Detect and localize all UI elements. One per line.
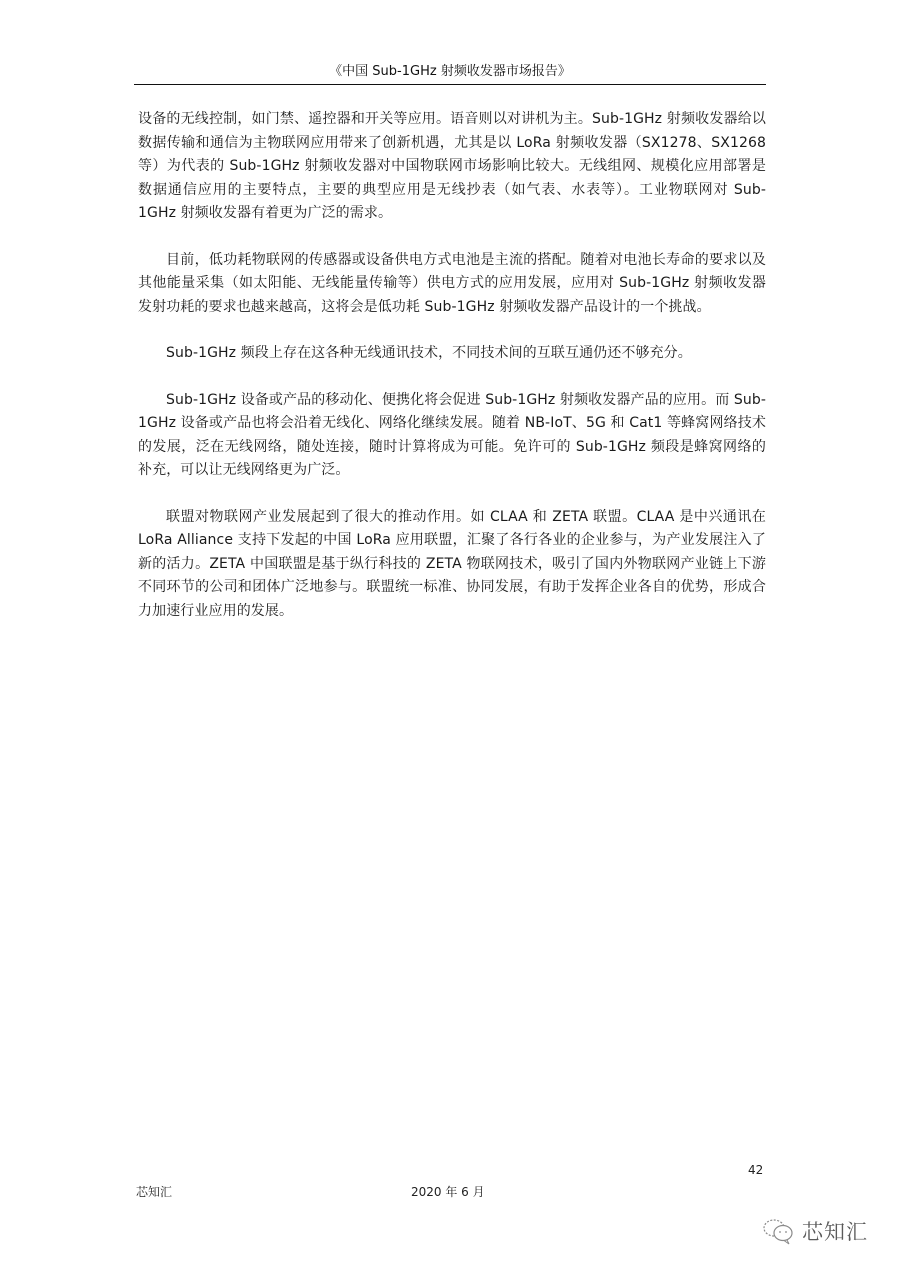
page-number: 42 xyxy=(748,1163,763,1177)
paragraph-1: 设备的无线控制，如门禁、遥控器和开关等应用。语音则以对讲机为主。Sub-1GHz… xyxy=(138,108,766,226)
header-divider xyxy=(134,84,766,85)
watermark-text: 芯知汇 xyxy=(802,1216,868,1246)
paragraph-2: 目前，低功耗物联网的传感器或设备供电方式电池是主流的搭配。随着对电池长寿命的要求… xyxy=(138,249,766,320)
document-header-title: 《中国 Sub-1GHz 射频收发器市场报告》 xyxy=(134,64,766,80)
watermark: 芯知汇 xyxy=(762,1216,868,1246)
wechat-icon xyxy=(762,1217,796,1245)
document-body: 设备的无线控制，如门禁、遥控器和开关等应用。语音则以对讲机为主。Sub-1GHz… xyxy=(138,108,766,646)
paragraph-5: 联盟对物联网产业发展起到了很大的推动作用。如 CLAA 和 ZETA 联盟。CL… xyxy=(138,506,766,624)
paragraph-3: Sub-1GHz 频段上存在这各种无线通讯技术，不同技术间的互联互通仍还不够充分… xyxy=(138,342,766,366)
footer-date: 2020 年 6 月 xyxy=(411,1183,485,1200)
footer-publisher: 芯知汇 xyxy=(136,1183,172,1200)
paragraph-4: Sub-1GHz 设备或产品的移动化、便携化将会促进 Sub-1GHz 射频收发… xyxy=(138,389,766,483)
